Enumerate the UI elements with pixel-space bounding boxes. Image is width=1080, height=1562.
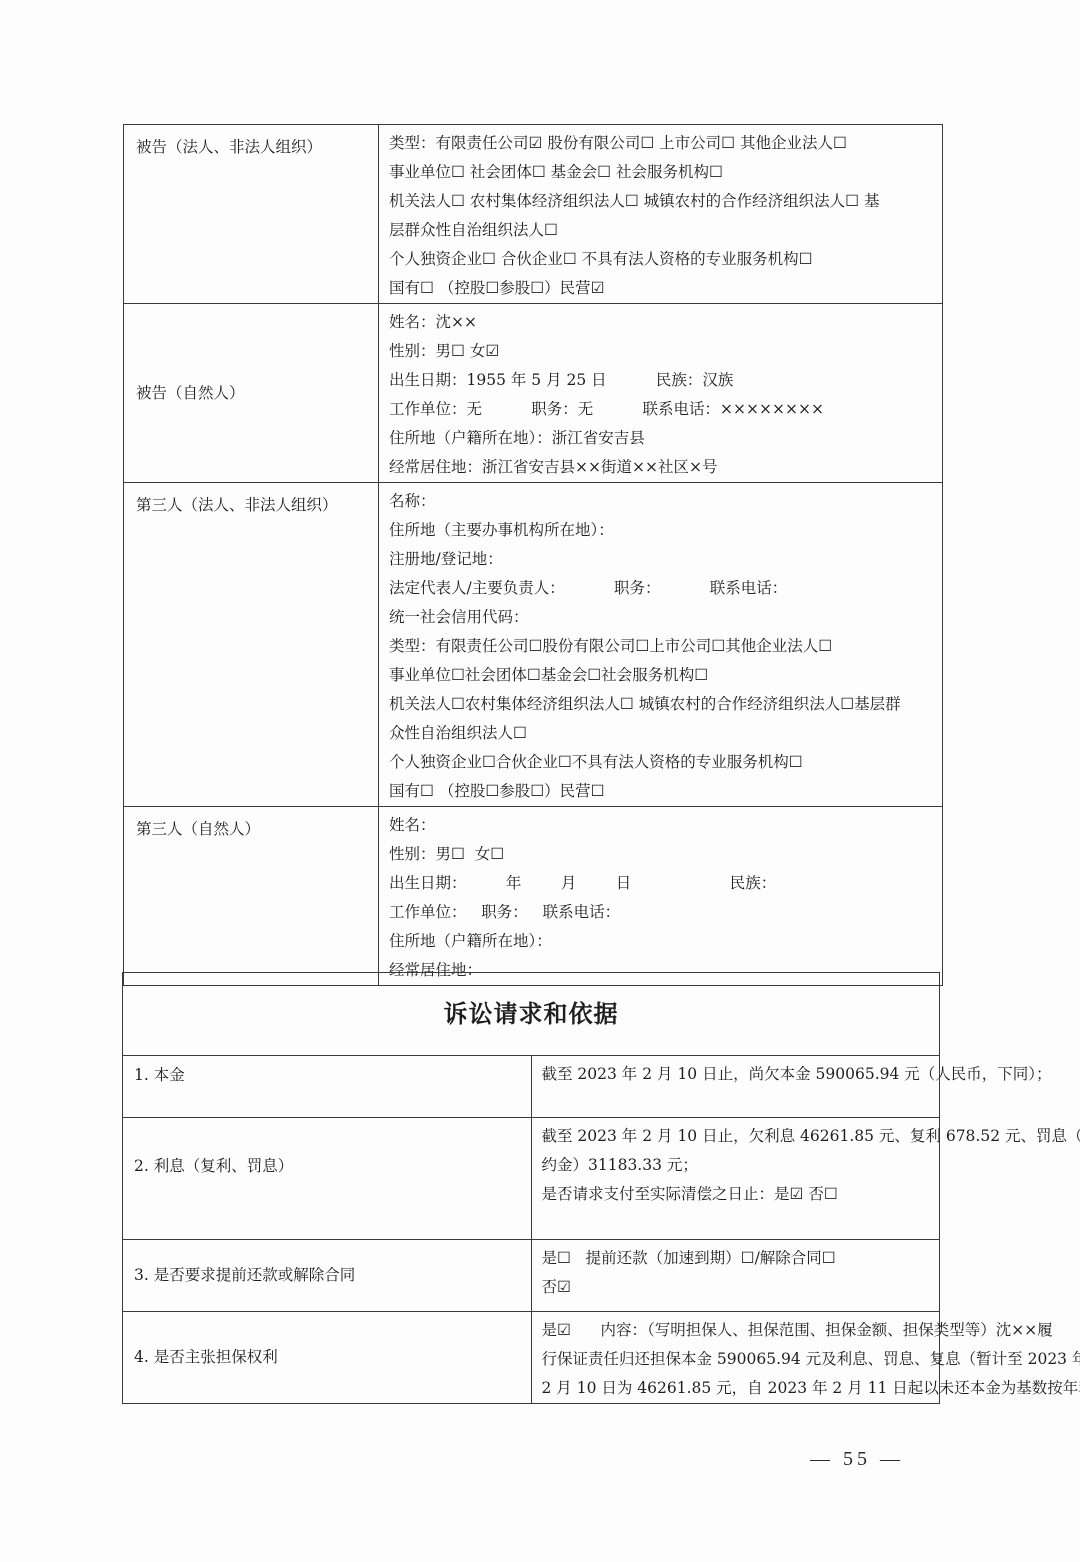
table-row-acceleration: 3. 是否要求提前还款或解除合同 是☐ 提前还款（加速到期）☐/解除合同☐ 否☑ xyxy=(123,1240,940,1312)
content-line: 事业单位☐ 社会团体☐ 基金会☐ 社会服务机构☐ xyxy=(389,158,942,187)
row-label: 被告（法人、非法人组织） xyxy=(124,125,379,304)
table-row-guarantee: 4. 是否主张担保权利 是☑ 内容：（写明担保人、担保范围、担保金额、担保类型等… xyxy=(123,1312,940,1404)
row-label: 第三人（自然人） xyxy=(124,807,379,986)
content-line: 个人独资企业☐ 合伙企业☐ 不具有法人资格的专业服务机构☐ xyxy=(389,245,942,274)
table-row-interest: 2. 利息（复利、罚息） 截至 2023 年 2 月 10 日止，欠利息 462… xyxy=(123,1118,940,1240)
row-content: 是☑ 内容：（写明担保人、担保范围、担保金额、担保类型等）沈××履 行保证责任归… xyxy=(531,1312,940,1404)
row-content: 截至 2023 年 2 月 10 日止，尚欠本金 590065.94 元（人民币… xyxy=(531,1056,940,1118)
content-line: 层群众性自治组织法人☐ xyxy=(389,216,942,245)
content-line: 2 月 10 日为 46261.85 元，自 2023 年 2 月 11 日起以… xyxy=(542,1374,940,1403)
content-line: 众性自治组织法人☐ xyxy=(389,719,942,748)
content-line: 性别：男☐ 女☑ xyxy=(389,337,942,366)
content-line: 工作单位：无 职务：无 联系电话：×××××××× xyxy=(389,395,942,424)
content-line: 工作单位： 职务： 联系电话： xyxy=(389,898,942,927)
table-row-defendant-person: 被告（自然人） 姓名：沈×× 性别：男☐ 女☑ 出生日期：1955 年 5 月 … xyxy=(124,304,943,483)
content-line: 截至 2023 年 2 月 10 日止，欠利息 46261.85 元、复利 67… xyxy=(542,1122,940,1151)
content-line: 类型：有限责任公司☐股份有限公司☐上市公司☐其他企业法人☐ xyxy=(389,632,942,661)
row-label: 3. 是否要求提前还款或解除合同 xyxy=(123,1240,532,1312)
content-line: 否☑ xyxy=(542,1273,940,1302)
row-content: 姓名：沈×× 性别：男☐ 女☑ 出生日期：1955 年 5 月 25 日 民族：… xyxy=(379,304,943,483)
table-row-third-party-person: 第三人（自然人） 姓名： 性别：男☐ 女☐ 出生日期： 年 月 日 民族： 工作… xyxy=(124,807,943,986)
row-label: 4. 是否主张担保权利 xyxy=(123,1312,532,1404)
content-line: 法定代表人/主要负责人： 职务： 联系电话： xyxy=(389,574,942,603)
content-line: 个人独资企业☐合伙企业☐不具有法人资格的专业服务机构☐ xyxy=(389,748,942,777)
page-number: — 55 — xyxy=(810,1448,904,1471)
row-content: 类型：有限责任公司☑ 股份有限公司☐ 上市公司☐ 其他企业法人☐ 事业单位☐ 社… xyxy=(379,125,943,304)
section-title-row: 诉讼请求和依据 xyxy=(123,973,940,1056)
content-line: 是☑ 内容：（写明担保人、担保范围、担保金额、担保类型等）沈××履 xyxy=(542,1316,940,1345)
row-label: 1. 本金 xyxy=(123,1056,532,1118)
content-line: 国有☐ （控股☐参股☐）民营☑ xyxy=(389,274,942,303)
content-line: 统一社会信用代码： xyxy=(389,603,942,632)
content-line: 是否请求支付至实际清偿之日止：是☑ 否☐ xyxy=(542,1180,940,1209)
row-content: 是☐ 提前还款（加速到期）☐/解除合同☐ 否☑ xyxy=(531,1240,940,1312)
row-content: 截至 2023 年 2 月 10 日止，欠利息 46261.85 元、复利 67… xyxy=(531,1118,940,1240)
content-line: 机关法人☐农村集体经济组织法人☐ 城镇农村的合作经济组织法人☐基层群 xyxy=(389,690,942,719)
parties-table: 被告（法人、非法人组织） 类型：有限责任公司☑ 股份有限公司☐ 上市公司☐ 其他… xyxy=(123,124,943,986)
row-label-text: 被告（自然人） xyxy=(136,384,245,402)
content-line: 约金）31183.33 元； xyxy=(542,1151,940,1180)
content-line: 机关法人☐ 农村集体经济组织法人☐ 城镇农村的合作经济组织法人☐ 基 xyxy=(389,187,942,216)
content-line: 名称： xyxy=(389,487,942,516)
section-title: 诉讼请求和依据 xyxy=(123,973,940,1056)
table-row-defendant-entity: 被告（法人、非法人组织） 类型：有限责任公司☑ 股份有限公司☐ 上市公司☐ 其他… xyxy=(124,125,943,304)
content-line: 性别：男☐ 女☐ xyxy=(389,840,942,869)
content-line: 姓名： xyxy=(389,811,942,840)
content-line: 国有☐ （控股☐参股☐）民营☐ xyxy=(389,777,942,806)
content-line: 行保证责任归还担保本金 590065.94 元及利息、罚息、复息（暂计至 202… xyxy=(542,1345,940,1374)
row-content: 姓名： 性别：男☐ 女☐ 出生日期： 年 月 日 民族： 工作单位： 职务： 联… xyxy=(379,807,943,986)
content-line: 姓名：沈×× xyxy=(389,308,942,337)
table-row-principal: 1. 本金 截至 2023 年 2 月 10 日止，尚欠本金 590065.94… xyxy=(123,1056,940,1118)
content-line: 住所地（户籍所在地）： xyxy=(389,927,942,956)
content-line: 住所地（主要办事机构所在地）： xyxy=(389,516,942,545)
row-label: 被告（自然人） xyxy=(124,304,379,483)
claims-table: 诉讼请求和依据 1. 本金 截至 2023 年 2 月 10 日止，尚欠本金 5… xyxy=(122,972,940,1404)
content-line: 注册地/登记地： xyxy=(389,545,942,574)
content-line: 住所地（户籍所在地）：浙江省安吉县 xyxy=(389,424,942,453)
row-label: 第三人（法人、非法人组织） xyxy=(124,483,379,807)
table-row-third-party-entity: 第三人（法人、非法人组织） 名称： 住所地（主要办事机构所在地）： 注册地/登记… xyxy=(124,483,943,807)
content-line: 事业单位☐社会团体☐基金会☐社会服务机构☐ xyxy=(389,661,942,690)
row-label: 2. 利息（复利、罚息） xyxy=(123,1118,532,1240)
content-line: 出生日期： 年 月 日 民族： xyxy=(389,869,942,898)
content-line: 类型：有限责任公司☑ 股份有限公司☐ 上市公司☐ 其他企业法人☐ xyxy=(389,129,942,158)
content-line: 经常居住地：浙江省安吉县××街道××社区×号 xyxy=(389,453,942,482)
content-line: 出生日期：1955 年 5 月 25 日 民族：汉族 xyxy=(389,366,942,395)
document-page: 被告（法人、非法人组织） 类型：有限责任公司☑ 股份有限公司☐ 上市公司☐ 其他… xyxy=(0,0,1080,1562)
content-line: 是☐ 提前还款（加速到期）☐/解除合同☐ xyxy=(542,1244,940,1273)
row-content: 名称： 住所地（主要办事机构所在地）： 注册地/登记地： 法定代表人/主要负责人… xyxy=(379,483,943,807)
content-line: 截至 2023 年 2 月 10 日止，尚欠本金 590065.94 元（人民币… xyxy=(542,1060,940,1089)
